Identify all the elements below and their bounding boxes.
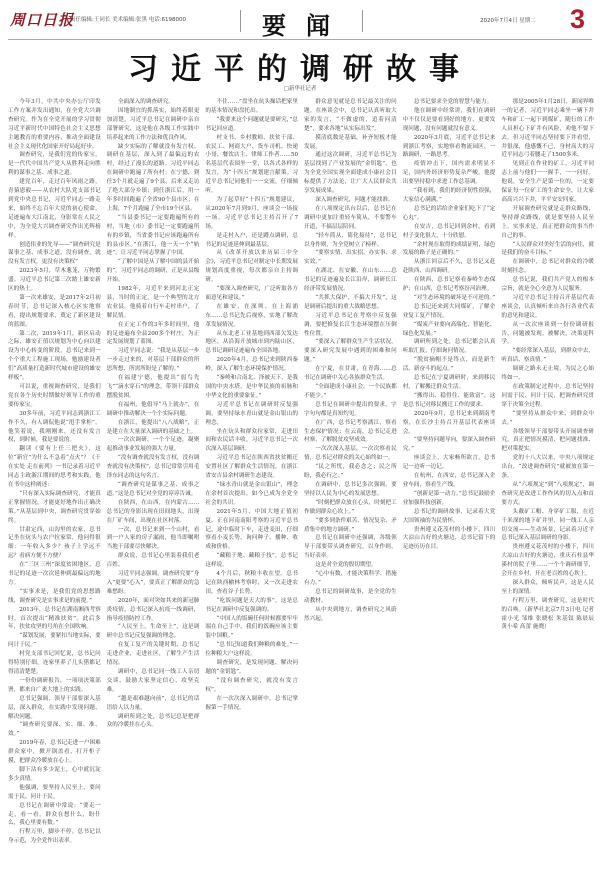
article-paragraph: “调查研究要深、实、细、准、效。”: [8, 721, 101, 739]
article-paragraph: “煤炭产业要向高端化、智能化、绿色化发展。”: [403, 321, 496, 339]
article-paragraph: “创新是第一动力。”总书记鼓励企业加强科技创新。: [403, 490, 496, 508]
article-paragraph: 在湖北、在安徽、在山东……总书记的足迹遍及长江沿岸，调研长江经济带发展情况。: [304, 267, 397, 294]
article-paragraph: “余村现在取得的成绩证明，绿色发展的路子是正确的。”: [403, 241, 496, 259]
article-paragraph: 总书记强调，领导干部要深入基层，深入群众，在实践中发现问题、解决问题。: [8, 695, 101, 722]
article-paragraph: 可以说，重视调查研究，是我们党在各个历史时期做好领导工作的重要传家宝。: [8, 383, 101, 410]
article-paragraph: 他强调，要坚持人民至上，要问需于民、问计于民。: [8, 784, 101, 802]
header-divider: [362, 10, 363, 32]
article-paragraph: “对生态环境的破坏是不可逆的。”: [403, 294, 496, 303]
article-paragraph: 在杭州、在西安，总书记深入企业车间，察看生产线。: [403, 472, 496, 490]
article-paragraph: 那是2005年1月28日，新闻界唯一的记者，习近平同志乘坐一辆下井车和矿工一起下…: [501, 98, 594, 160]
article-paragraph: 摸清底数是基础，补齐短板才能发展。: [304, 134, 397, 152]
article-paragraph: 坐在炕头和群众拉家常，走进田间和农民话丰收，习近平总书记一次次深入基层调研。: [205, 428, 298, 455]
article-paragraph: 因地制宜的抓落实，始终着眼更加清楚，习近平总书记在调研中亲自部署研究，这是他在各…: [107, 107, 200, 143]
article-paragraph: 总书记的调研故事，是全党的生动教材。: [304, 588, 397, 606]
article-paragraph: 调研之路永无止境，为民之心始终如一。: [501, 365, 594, 383]
newspaper-masthead-logo: 周口日报: [10, 9, 74, 30]
article-paragraph: 从《改革开放以来历届三中全会》，习近平总书记对制定中长期发展规划高度重视，每次都…: [205, 249, 298, 285]
article-paragraph: “轻车简从、简化接待”，总书记以身作则，为全党树立了榜样。: [304, 232, 397, 250]
article-paragraph: 今年3月，中共中央办公厅印发工作方案并发出通知，在全党大兴调查研究。作为在全党开…: [8, 98, 101, 151]
article-paragraph: 在雄安、在深圳、在上海浦东……总书记先后视察，实地了解改革发展情况。: [205, 303, 298, 330]
article-paragraph: 总书记还来到大同煤矿，了解企业复工复产情况。: [403, 303, 496, 321]
article-paragraph: 2020年3月底，习近平总书记来到浙江考察，实地察看物流园区，一路调研，一路思考…: [403, 134, 496, 161]
article-paragraph: “共抓大保护、不搞大开发”，这是调研后提出的重大战略思想。: [304, 294, 397, 312]
article-paragraph: “心中有数，才能决策科学、措施有力。”: [304, 570, 397, 588]
article-paragraph: 习近平总书记在陕西省扶贫搬迁安置社区了解群众生活情况，在浙江省安吉县余村调研生态…: [205, 454, 298, 481]
article-paragraph: “我看到，我们的经济韧性很强，大家信心满满。”: [403, 187, 496, 205]
article-paragraph: “谋划发展，要紧扣当地实际，要问计于民。”: [8, 632, 101, 650]
article-paragraph: 2013年，总书记在湖南湘西考察时，首次提出“精准扶贫”。此后多年，扶贫攻坚的号…: [8, 606, 101, 633]
article-paragraph: 深入调查研究，问题才能找准。: [304, 196, 397, 205]
article-paragraph: 调研中，总书记同一线工人亲切交谈，鼓励大家坚定信心、攻坚克难。: [107, 668, 200, 695]
article-paragraph: 从“六项规定”到“八项规定”，调查研究是改进工作作风的切入点和首要方式。: [501, 481, 594, 508]
article-paragraph: 总书记的调研故事，记录着大党大国领袖的为民情怀。: [403, 508, 496, 526]
article-paragraph: “实事求是，是我们党的思想路线，调查研究是实事求是的前提。”: [8, 588, 101, 606]
article-paragraph: 贵州遵义花茂村的小楼下，四川大凉山吉好的火塘边，总书记留下的足迹历历在目。: [403, 526, 496, 553]
article-paragraph: 群众说，总书记心里装着我们老百姓。: [107, 552, 200, 570]
article-paragraph: 在浙江，他提出“八八战略”，正是建立在大量深入调研的基础之上。: [107, 419, 200, 437]
article-paragraph: 全面深入的调查研究。: [107, 98, 200, 107]
article-paragraph: 在安吉，总书记回到余村，看到村子变化很大，十分欣慰。: [403, 223, 496, 241]
article-paragraph: “我要来这个问题就是要研究，”总书记回应道。: [205, 116, 298, 134]
article-paragraph: 党的十八大以来，中央八项规定出台，“改进调查研究”就被放在第一条。: [501, 454, 594, 481]
article-paragraph: 行程万里，调查研究，这是时代的召唤。（新华社北京7月3日电 记者 霍小光 邹维 …: [501, 597, 594, 633]
article-paragraph: 调研所到之处，总书记总是把群众的冷暖挂在心头。: [107, 713, 200, 731]
article-paragraph: 各级领导干部要带头开展调查研究，真正把情况摸清、把问题找准、把对策提实。: [501, 428, 594, 455]
article-paragraph: 建党百年，走过百年风雨之路，青猿恩毅——从农村大队党支部书记到党中央总书记，习近…: [8, 178, 101, 240]
article-paragraph: 2023年5月，草木葱茏，万物繁盛。习近平总书记第三次踏上雄安新区的热土。: [8, 267, 101, 294]
article-paragraph: 开展调查研究就是走群众路线，坚持群众路线，就是要坚持人民至上，实事求是，真正把群…: [501, 205, 594, 241]
page-header: 周口日报 责任编辑:王同长 美术编辑:张黑 电话:6198000 要闻 2020…: [0, 0, 600, 40]
article-paragraph: 总书记在宁夏调研时，来到移民村，了解搬迁群众生活。: [403, 374, 496, 392]
article-paragraph: 在调研中，总书记对群众的冷暖时刻挂念。: [501, 258, 594, 276]
article-paragraph: 4个月后，秋粮丰收在望。总书记在陕西榆林考察时，又一次走进农田，查看谷子长势。: [205, 570, 298, 597]
article-paragraph: 2021年5月，中国大地正值初夏。正在河南南阳考察的习近平总书记，途中临时下车，…: [205, 508, 298, 553]
article-paragraph: “全面建成小康社会，一个民族都不能少。”: [304, 383, 397, 401]
article-paragraph: “要察实情、出实招、办实事、求实效。”: [304, 249, 397, 267]
article-paragraph: 在福建宁德，他提出“弱鸟先飞”“滴水穿石”的理念，带领干部群众摆脱贫困。: [107, 374, 200, 401]
article-paragraph: 调查研究，是发现问题、解决问题的“金钥匙”。: [205, 659, 298, 677]
article-paragraph: “人民群众对美好生活的向往，就是我们的奋斗目标。”: [501, 241, 594, 259]
article-paragraph: 在福州，他倡导“马上就办”，在调研中推动解决一个个实际问题。: [107, 401, 200, 419]
article-column: 那是2005年1月28日，新闻界唯一的记者，习近平同志乘坐一辆下井车和矿工一起下…: [501, 98, 594, 878]
article-paragraph: 习近平总书记在考察中反复强调，要把修复长江生态环境摆在压倒性位置。: [304, 312, 397, 339]
article-paragraph: 这是对全党的殷切期望。: [304, 561, 397, 570]
article-paragraph: 第二次，2019年1月，新区启动之际，雄安正值以规划为中心向以建设为中心转变的阶…: [8, 330, 101, 383]
article-paragraph: 2020年4月，总书记来到陕西秦岭，深入了解生态环境保护情况。: [205, 356, 298, 374]
article-paragraph: 脚下沾有多少泥土，心中就沉淀多少真情。: [8, 766, 101, 784]
article-paragraph: 从浙江回京后不久，总书记又赶赴陕西、山西调研。: [403, 258, 496, 276]
article-paragraph: “要坚持从群众中来、到群众中去。”: [501, 410, 594, 428]
article-headline: 习近平的调研故事: [0, 44, 600, 88]
article-paragraph: “脱贫摘帽不是终点，而是新生活、新奋斗的起点。”: [403, 356, 496, 374]
article-paragraph: “藏粮于地、藏粮于技”，总书记这样说。: [205, 552, 298, 570]
editors-info: 责任编辑:王同长 美术编辑:张黑 电话:6198000: [70, 15, 186, 23]
article-paragraph: 习近平同志强调，调查研究要“身入”更要“心入”，要真正了解群众的急难愁盼。: [107, 570, 200, 597]
article-paragraph: 为了起草好“十四五”规划建议，从2020年7月到9月，座谈会一场接一场，习近平总…: [205, 196, 298, 232]
article-paragraph: 总书记在调研中常说：“要走一走，看一看，群众在想什么，盼什么，我心里要有数。”: [8, 802, 101, 829]
article-paragraph: “要经常深入基层，到群众中去，听真话、察真情。”: [501, 347, 594, 365]
article-paragraph: 总书记在调研中提出的要求，字字句句都是真知灼见。: [304, 401, 397, 419]
article-paragraph: “搬得出、稳得住、能致富”，这是总书记对移民搬迁工作的要求。: [403, 392, 496, 410]
article-paragraph: “中国人的饭碗任何时候都要牢牢端在自己手中，我们的饭碗应该主要装中国粮。”: [205, 615, 298, 642]
article-paragraph: 在正定工作的3年多时间里，他的足迹遍布全县200多个村庄，为正定发展规划了蓝图。: [107, 321, 200, 348]
article-column: 今年3月，中共中央办公厅印发工作方案并发出通知，在全党大兴调查研究。作为在全党开…: [8, 98, 101, 878]
article-paragraph: 总书记说，我们共产党人的根本宗旨，就是全心全意为人民服务。: [501, 276, 594, 294]
article-body: 今年3月，中共中央办公厅印发工作方案并发出通知，在全党大兴调查研究。作为在全党开…: [8, 98, 594, 878]
article-paragraph: “只有深入实际调查研究，才能真正掌握情况，才能更好地作出正确决策。”从基层到中央…: [8, 490, 101, 526]
article-paragraph: 总书记的话给企业家们吃下了“定心丸”。: [403, 205, 496, 223]
article-paragraph: 疫情冲击下，国内需求明显不足，国内外经济形势复杂严峻，他提出要坚持稳中求进工作总…: [403, 160, 496, 187]
article-paragraph: 深入群众，倾听民声，这是人民至上的深情。: [501, 579, 594, 597]
article-column: 不住……”盘坐在炕头操话把家里的基本情况和盘托出。“我要来这个问题就是要研究，”…: [205, 98, 298, 878]
article-paragraph: “秦岭和合南北、泽被天下，是我国的中央水塔，是中华民族的祖脉和中华文化的重要象征…: [205, 374, 298, 401]
article-paragraph: 座谈会上，大家畅所欲言，总书记一边听一边记。: [403, 454, 496, 472]
article-paragraph: 从中央到地方，调查研究之风蔚然兴起。: [304, 606, 397, 624]
issue-date: 2020年7月4日 星期二: [480, 16, 536, 24]
article-paragraph: 在一次次深入调研中，总书记掌握第一手情况。: [205, 695, 298, 713]
article-paragraph: “要深入了解群众生产生活状况，要深入研究发展中遇到的困难和问题。”: [304, 338, 397, 365]
article-paragraph: “了解中国是从了解中国的县开始的”，习近平同志的调研，正是从县级开始。: [107, 258, 200, 285]
article-paragraph: “时刻把群众放在心头，时刻把工作做到群众心坎上。”: [304, 499, 397, 517]
article-paragraph: “人民至上，生命至上”，这是调研中总书记反复强调的理念。: [107, 623, 200, 641]
article-paragraph: 2020年，面对突如其来的新冠肺炎疫情，总书记深入抗疫一线调研，指导疫情防控工作…: [107, 597, 200, 624]
header-rule: [8, 39, 592, 40]
article-paragraph: 在陕西，在山西，在内蒙古……总书记的身影出现在田间地头，出现在厂矿车间，出现在社…: [107, 499, 200, 526]
article-paragraph: 总书记要求全党的智慧与能力。: [403, 98, 496, 107]
article-paragraph: 在政策制定过程中，总书记坚持问需于民、问计于民，把调查研究贯穿于决策全过程。: [501, 383, 594, 410]
header-divider: [240, 10, 241, 32]
article-paragraph: “总书记知道我们种粮的难处。”一位种粮大户这样说。: [205, 641, 298, 659]
article-paragraph: 在复工复产的关键时期，总书记走进企业，走进社区，了解生产生活情况。: [107, 641, 200, 668]
article-paragraph: 一次次深入基层，一次次察看民情，总书记对群众的关心始终如一。: [304, 445, 397, 463]
article-paragraph: 在“三区三州”深度贫困地区，总书记的足迹一次次延伸到最偏远的地方。: [8, 561, 101, 588]
article-paragraph: 甘肃定西，山沟里的农家，总书记坐在炕头与农户拉家常，他问得很细：一年收入多少？孩…: [8, 526, 101, 562]
article-paragraph: 30多年前，习近平同志到浙江工作不久，有人调侃他说“甩手掌柜”，他笑着说，我刚刚…: [8, 410, 101, 446]
article-byline: □新华社记者: [0, 84, 600, 92]
article-paragraph: 在八项规定出台以后，总书记在调研中更加注重轻车简从，不要警车开道，不搞层层陪同。: [304, 205, 397, 232]
article-paragraph: 他在调研中经常讲，我们在调研中不仅仅是要看到好的地方，更要发现问题，没有问题就没…: [403, 107, 496, 134]
article-paragraph: “没有调查就没有发言权，没有调查就没有决策权”，总书记常常引用毛泽东同志的这句名…: [107, 454, 200, 481]
article-paragraph: “越是艰难越向前”，总书记的话语给人以力量。: [107, 695, 200, 713]
article-paragraph: “绿水青山就是金山银山”，理念在余村首次提出，如今已成为全党全社会的共识。: [205, 481, 298, 508]
article-paragraph: “吃饭问题是天大的事”，这是总书记在调研中反复强调的。: [205, 597, 298, 615]
article-paragraph: 不住……”盘坐在炕头操话把家里的基本情况和盘托出。: [205, 98, 298, 116]
article-paragraph: 创造伟业的先导——“调查研究是谋事之基、成事之道。没有调查，就没有发言权，更没有…: [8, 241, 101, 268]
article-paragraph: 村党支部书记回忆说，总书记问得特别仔细，连家里养了几头猪都记得清清楚楚。: [8, 650, 101, 677]
article-paragraph: 村支书、乡村教师、扶贫干部、农民工、网商大户、货车司机、快递小哥、餐饮店主、律师…: [205, 134, 298, 196]
article-paragraph: 习近平总书记主持召开基层代表座谈会，认真倾听来自各行各业代表的意见和建议。: [501, 294, 594, 321]
article-paragraph: 在陕西，总书记察看秦岭生态保护；在山西，总书记考察汾河治理。: [403, 276, 496, 294]
article-paragraph: 习近平总书记在调研时反复强调，要坚持绿水青山就是金山银山的理念。: [205, 401, 298, 428]
article-paragraph: 一次次调研，一个个足迹，凝聚起推动事业发展的强大力量。: [107, 436, 200, 454]
article-paragraph: 在调研中，总书记多次强调，要坚持以人民为中心的发展思想。: [304, 481, 397, 499]
article-paragraph: 一次，总书记来到一个山村，看到一户人家的房子漏雨，他当即嘱咐当地干部要尽快解决。: [107, 526, 200, 553]
article-paragraph: 群众意见就是总书记最关注的问题。在座谈会中，总书记认真听取大家的发言，“不做虚的…: [304, 98, 397, 134]
article-paragraph: “要深入调查研究，广泛听取各方面意见和建议。”: [205, 285, 298, 303]
article-paragraph: “没有调查研究，就没有发言权”。: [205, 677, 298, 695]
article-paragraph: 在广西，总书记考察漓江，察看生态保护情况；在云南，总书记走进村寨，了解脱贫攻坚成…: [304, 419, 397, 446]
article-column: 全面深入的调查研究。因地制宜的抓落实，始终着眼更加清楚，习近平总书记在调研中亲自…: [107, 98, 200, 878]
article-paragraph: 是走村入户，还是蹲点调研，总书记的足迹延伸到最基层。: [205, 232, 298, 250]
page-number: 3: [570, 4, 585, 35]
section-title: 要闻: [262, 6, 350, 41]
article-paragraph: 缺少实际的了解就没有发言权。调研在基层，深入到了最偏远的农村，经过了漫长的道路。…: [107, 143, 200, 214]
article-paragraph: 调研所到之处，总书记都会认真听取汇报，仔细询问情况。: [403, 338, 496, 356]
article-paragraph: 总书记在调研中还强调，各级领导干部要带头调查研究，以身作则，当好表率。: [304, 534, 397, 561]
article-paragraph: 习近平同志说：“我是从基层一步一步走过来的，对基层干部群众的所思所想、所需所盼是…: [107, 347, 200, 374]
article-paragraph: 行程万里，脚步不停。总书记以身示范，为全党作出表率。: [8, 828, 101, 846]
article-paragraph: “当县委书记一定要跑遍所有的村，当地（市）委书记一定要跑遍所有的乡镇，当省委书记…: [107, 214, 200, 259]
article-paragraph: “要多到条件艰苦、情况复杂、矛盾集中的地方调研。”: [304, 517, 397, 535]
article-paragraph: 在宁夏，在甘肃，在青海……总书记在调研中关心各族群众生活。: [304, 365, 397, 383]
article-paragraph: “调查研究是谋事之基、成事之道。”这是总书记对全党的谆谆告诫。: [107, 481, 200, 499]
article-paragraph: “要坚持问题导向，要深入调查研究。”: [403, 436, 496, 454]
article-paragraph: 翻读《要有上任三把火》，这位“新官”为什么不急着“点火”？《干在实处 走在前列》…: [8, 445, 101, 490]
article-paragraph: 从东北老工业基地到西部欠发达地区，从沿海开放城市到内陆山区，总书记调研足迹遍布全…: [205, 330, 298, 357]
article-paragraph: 通过这次调研，习近平总书记为基层找到了产业发展的“金钥匙”，也为全党全国实现全面…: [304, 151, 397, 196]
article-paragraph: 见到正在作业的矿工，习近平同志上前与他们一一握手，一一问好。他说，安全生产是第一…: [501, 160, 594, 205]
article-paragraph: 贵州遵义花茂村的小楼下，四川大凉山吉好的火塘边，重庆石柱县华溪村的院子里……一个…: [501, 543, 594, 579]
article-paragraph: 2019年春，总书记走进一户困难群众家中，掀开锅盖看，打开柜子摸，把群众冷暖放在…: [8, 739, 101, 766]
article-column: 群众意见就是总书记最关注的问题。在座谈会中，总书记认真听取大家的发言，“不做虚的…: [304, 98, 397, 878]
article-paragraph: 1982年，习近平来到河北正定县，当时的正定，是一个典型的北方农业县。他骑着自行…: [107, 285, 200, 321]
article-paragraph: 第一次来雄安，是2017年2月初春时节，总书记深入核心区实地察看，提出规划要求，…: [8, 294, 101, 330]
article-paragraph: 一份份调研报告，一项项决策部署，都来自广袤大地上的实践。: [8, 677, 101, 695]
article-paragraph: 头戴矿工帽、身穿矿工服，在近千米深的地下矿井里，同一线工人亲切交流——生动场景，…: [501, 508, 594, 544]
article-column: 总书记要求全党的智慧与能力。他在调研中经常讲，我们在调研中不仅仅是要看到好的地方…: [403, 98, 496, 878]
article-paragraph: 2020年9月，总书记来到湖南考察，在长沙主持召开基层代表座谈会。: [403, 410, 496, 437]
article-paragraph: 调查研究，是我们党的传家宝，是一代代中国共产党人从胜利走向胜利的谋事之基、成事之…: [8, 151, 101, 178]
article-paragraph: “民之所忧，我必念之；民之所盼，我必行之。”: [304, 463, 397, 481]
article-paragraph: 从一次次座谈到一份份调研报告，问题被发现、被解决，决策更科学。: [501, 321, 594, 348]
